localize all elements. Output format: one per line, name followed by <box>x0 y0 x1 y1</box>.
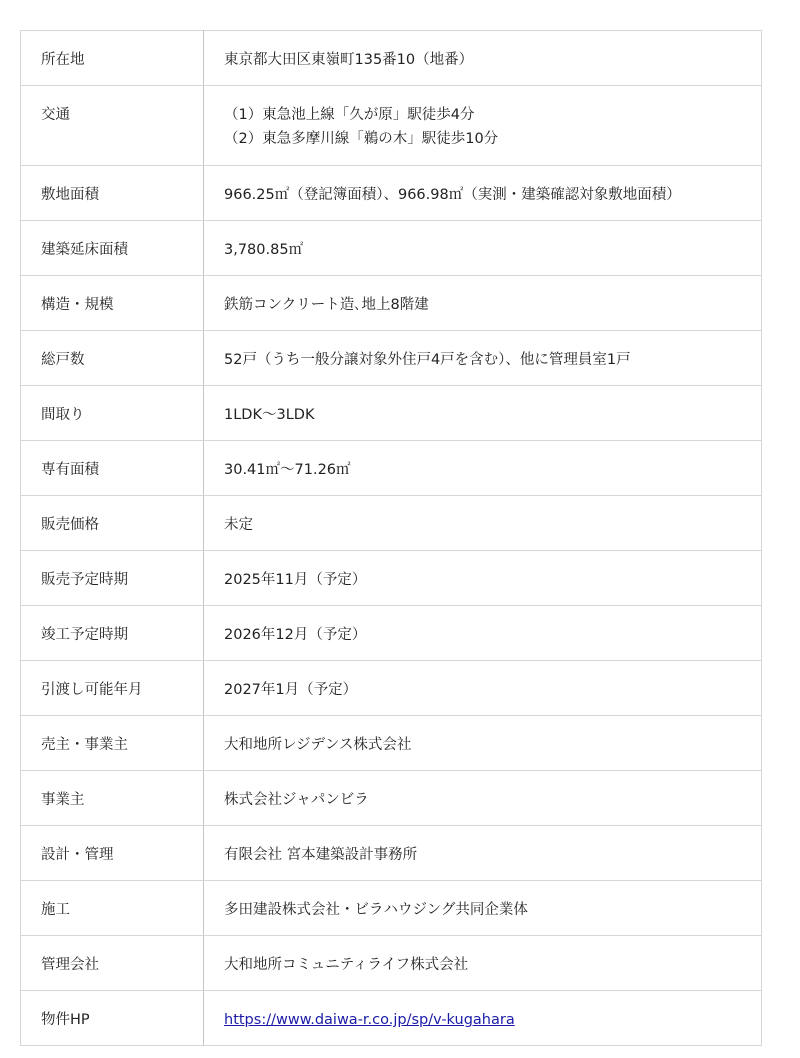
table-row-site-area: 敷地面積 966.25㎡（登記簿面積）、966.98㎡（実測・建築確認対象敷地面… <box>21 166 762 221</box>
table-row-completion: 竣工予定時期 2026年12月（予定） <box>21 606 762 661</box>
row-value: 鉄筋コンクリート造､地上8階建 <box>204 276 762 331</box>
row-label: 販売価格 <box>21 496 204 551</box>
row-label: 引渡し可能年月 <box>21 661 204 716</box>
table-row-developer: 事業主 株式会社ジャパンビラ <box>21 771 762 826</box>
row-value: 大和地所コミュニティライフ株式会社 <box>204 936 762 991</box>
row-value: 52戸（うち一般分譲対象外住戸4戸を含む）、他に管理員室1戸 <box>204 331 762 386</box>
row-label: 敷地面積 <box>21 166 204 221</box>
row-label: 竣工予定時期 <box>21 606 204 661</box>
table-row-structure: 構造・規模 鉄筋コンクリート造､地上8階建 <box>21 276 762 331</box>
property-spec-table: 所在地 東京都大田区東嶺町135番10（地番） 交通 （1）東急池上線「久が原」… <box>20 30 762 1046</box>
row-value: 2027年1月（予定） <box>204 661 762 716</box>
row-label: 専有面積 <box>21 441 204 496</box>
row-value: 多田建設株式会社・ビラハウジング共同企業体 <box>204 881 762 936</box>
row-value: 大和地所レジデンス株式会社 <box>204 716 762 771</box>
table-row-design: 設計・管理 有限会社 宮本建築設計事務所 <box>21 826 762 881</box>
row-value: 有限会社 宮本建築設計事務所 <box>204 826 762 881</box>
row-label: 交通 <box>21 86 204 166</box>
row-value: 東京都大田区東嶺町135番10（地番） <box>204 31 762 86</box>
table-row-sale-schedule: 販売予定時期 2025年11月（予定） <box>21 551 762 606</box>
row-label: 所在地 <box>21 31 204 86</box>
row-label: 物件HP <box>21 991 204 1046</box>
row-value: （1）東急池上線「久が原」駅徒歩4分 （2）東急多摩川線「鵜の木」駅徒歩10分 <box>204 86 762 166</box>
row-value: 1LDK～3LDK <box>204 386 762 441</box>
row-value: 株式会社ジャパンビラ <box>204 771 762 826</box>
row-value: 未定 <box>204 496 762 551</box>
table-row-management: 管理会社 大和地所コミュニティライフ株式会社 <box>21 936 762 991</box>
access-line-2: （2）東急多摩川線「鵜の木」駅徒歩10分 <box>224 127 741 151</box>
table-row-construction: 施工 多田建設株式会社・ビラハウジング共同企業体 <box>21 881 762 936</box>
table-row-homepage: 物件HP https://www.daiwa-r.co.jp/sp/v-kuga… <box>21 991 762 1046</box>
row-value: 2025年11月（予定） <box>204 551 762 606</box>
row-value: 2026年12月（予定） <box>204 606 762 661</box>
property-homepage-link[interactable]: https://www.daiwa-r.co.jp/sp/v-kugahara <box>224 1012 515 1028</box>
row-label: 売主・事業主 <box>21 716 204 771</box>
table-row-access: 交通 （1）東急池上線「久が原」駅徒歩4分 （2）東急多摩川線「鵜の木」駅徒歩1… <box>21 86 762 166</box>
row-label: 間取り <box>21 386 204 441</box>
table-row-total-units: 総戸数 52戸（うち一般分譲対象外住戸4戸を含む）、他に管理員室1戸 <box>21 331 762 386</box>
row-value: https://www.daiwa-r.co.jp/sp/v-kugahara <box>204 991 762 1046</box>
row-label: 構造・規模 <box>21 276 204 331</box>
row-value: 30.41㎡～71.26㎡ <box>204 441 762 496</box>
table-row-exclusive-area: 専有面積 30.41㎡～71.26㎡ <box>21 441 762 496</box>
row-label: 管理会社 <box>21 936 204 991</box>
row-label: 設計・管理 <box>21 826 204 881</box>
table-row-price: 販売価格 未定 <box>21 496 762 551</box>
row-label: 販売予定時期 <box>21 551 204 606</box>
row-label: 総戸数 <box>21 331 204 386</box>
table-row-seller: 売主・事業主 大和地所レジデンス株式会社 <box>21 716 762 771</box>
row-label: 施工 <box>21 881 204 936</box>
table-row-location: 所在地 東京都大田区東嶺町135番10（地番） <box>21 31 762 86</box>
row-value: 3,780.85㎡ <box>204 221 762 276</box>
table-row-layout: 間取り 1LDK～3LDK <box>21 386 762 441</box>
table-row-handover: 引渡し可能年月 2027年1月（予定） <box>21 661 762 716</box>
row-value: 966.25㎡（登記簿面積）、966.98㎡（実測・建築確認対象敷地面積） <box>204 166 762 221</box>
row-label: 建築延床面積 <box>21 221 204 276</box>
access-line-1: （1）東急池上線「久が原」駅徒歩4分 <box>224 103 741 127</box>
row-label: 事業主 <box>21 771 204 826</box>
table-row-floor-area: 建築延床面積 3,780.85㎡ <box>21 221 762 276</box>
